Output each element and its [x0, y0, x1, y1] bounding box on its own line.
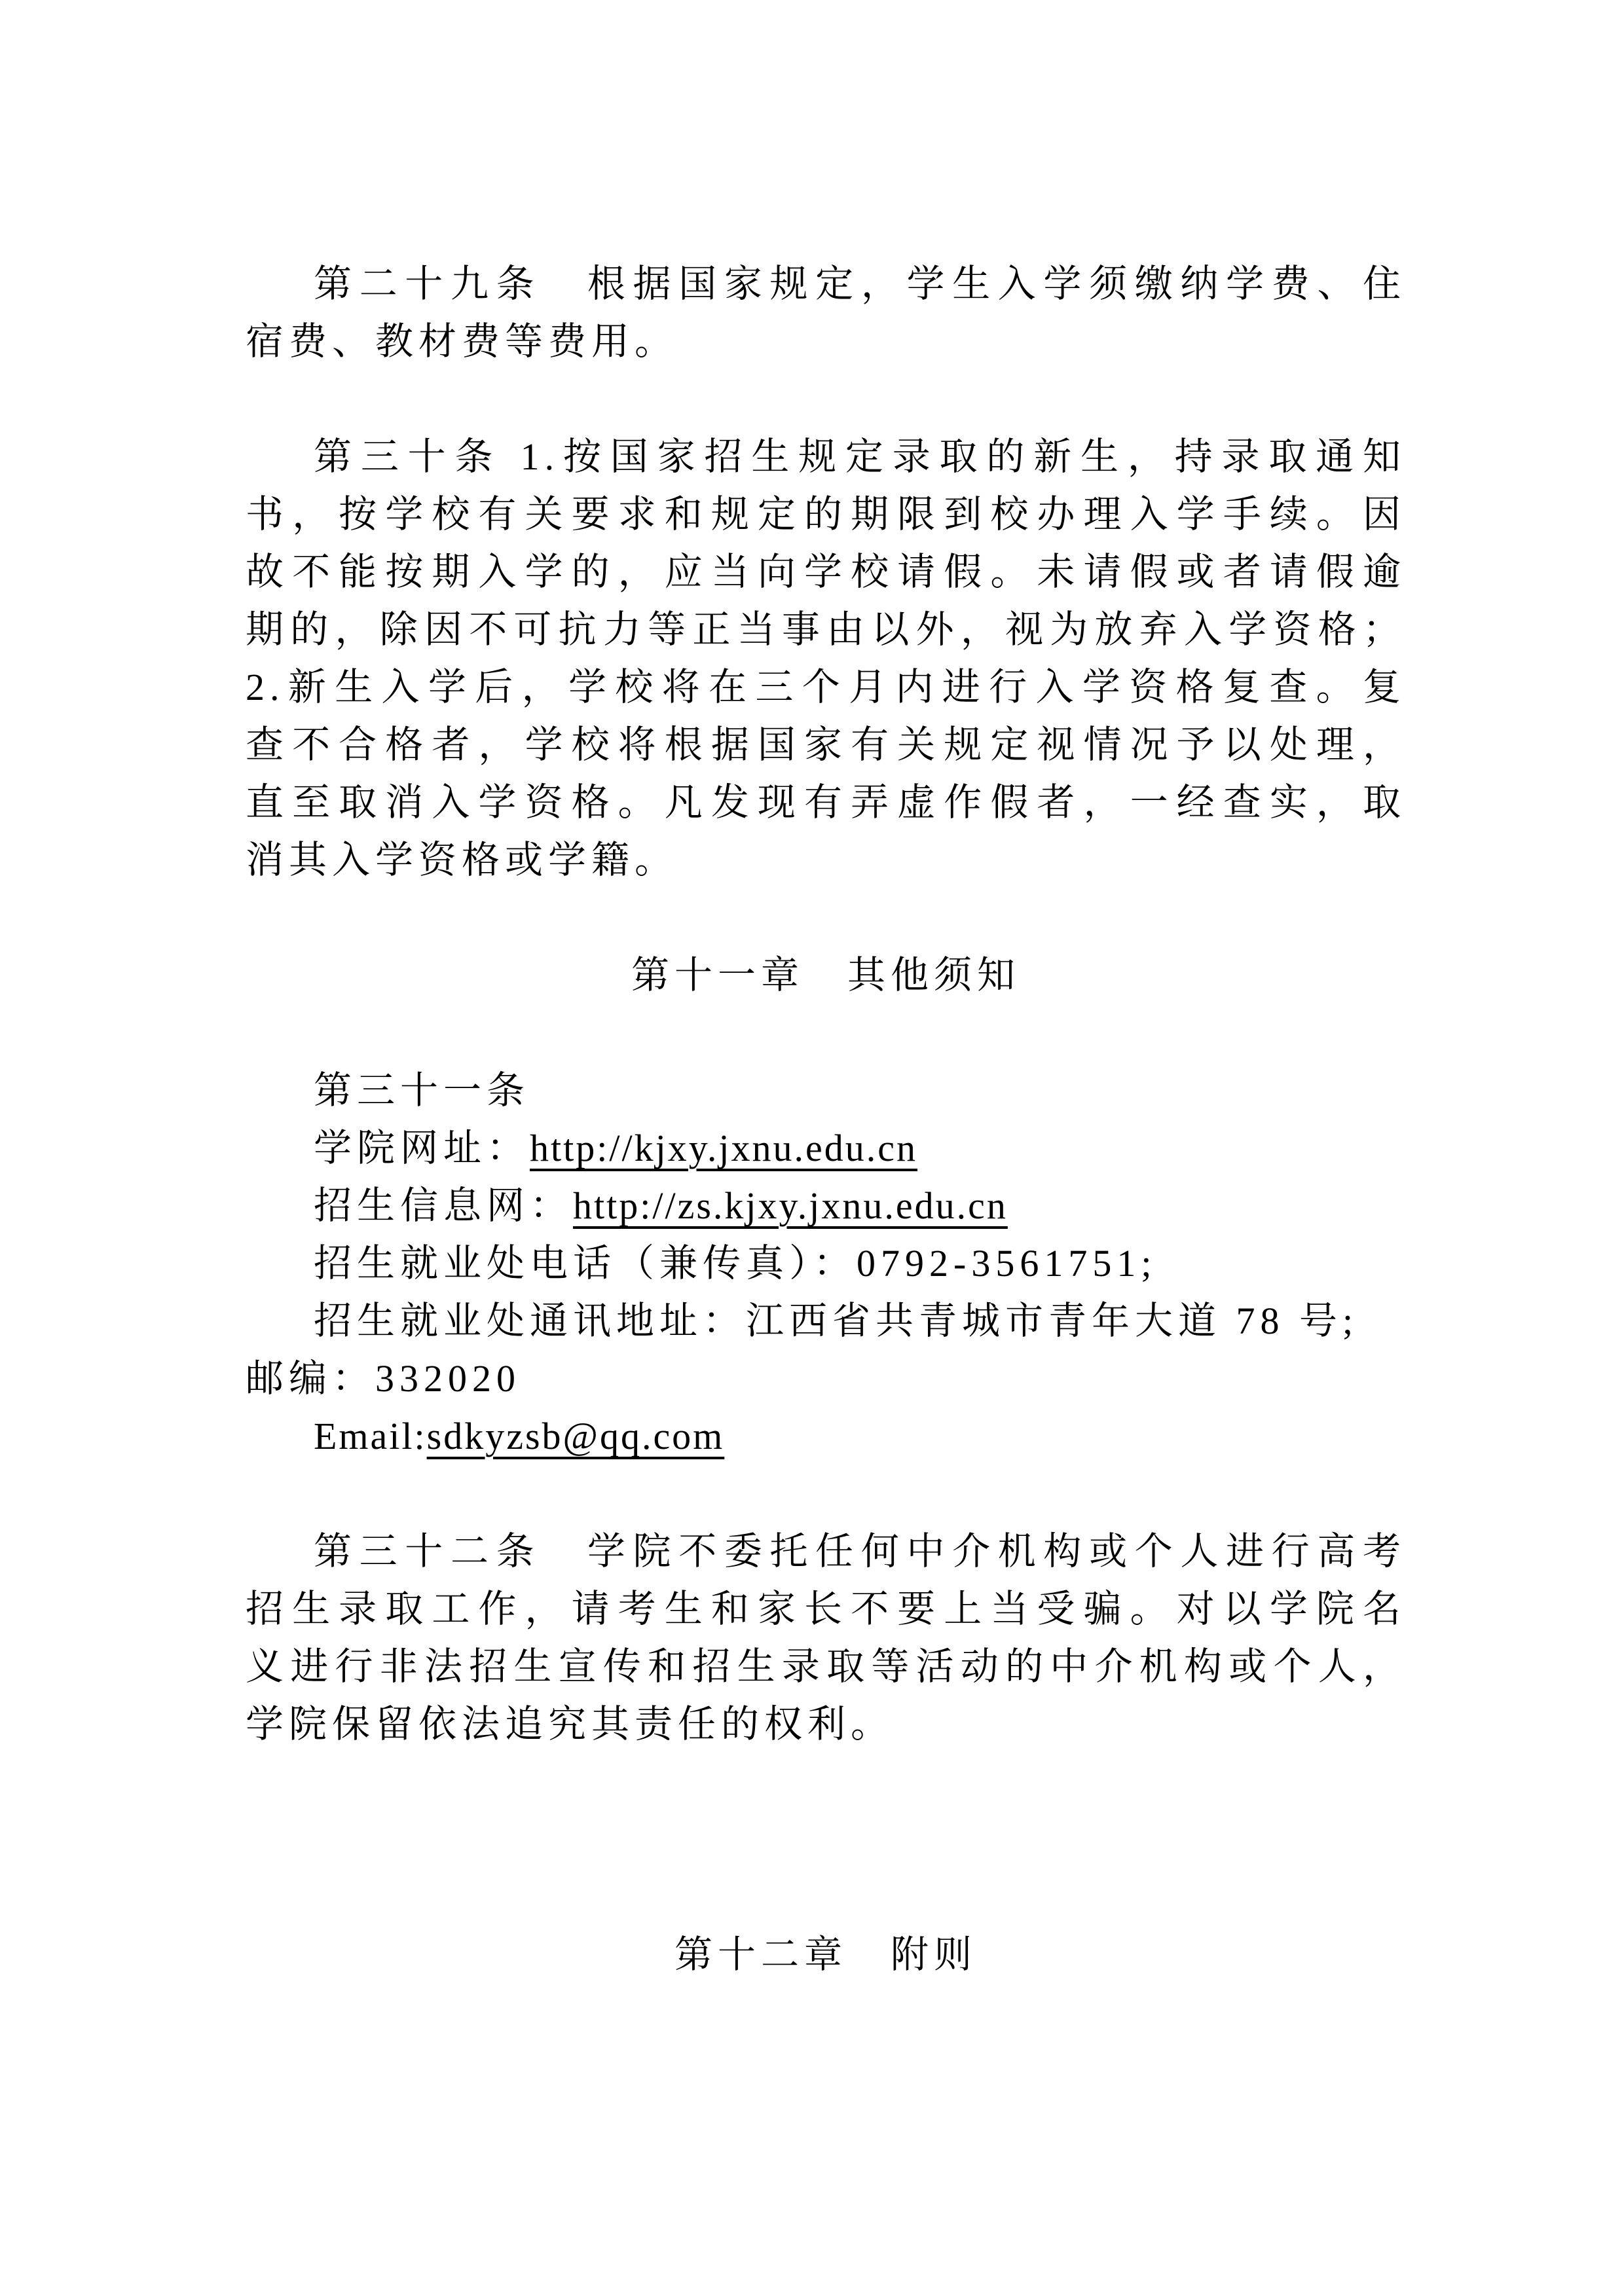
blank-line [246, 889, 1406, 947]
article30-line7: 直至取消入学资格。凡发现有弄虚作假者，一经查实，取 [246, 774, 1406, 831]
college-website-label: 学院网址： [314, 1127, 530, 1169]
blank-line [246, 1004, 1406, 1062]
blank-line [246, 1465, 1406, 1523]
admissions-website-line: 招生信息网：http://zs.kjxy.jxnu.edu.cn [246, 1177, 1406, 1235]
admissions-website-label: 招生信息网： [314, 1184, 573, 1227]
email-link[interactable]: sdkyzsb@qq.com [427, 1415, 725, 1457]
document-page: 第二十九条 根据国家规定，学生入学须缴纳学费、住 宿费、教材费等费用。 第三十条… [0, 0, 1624, 2296]
article30-line5: 2.新生入学后，学校将在三个月内进行入学资格复查。复 [246, 659, 1406, 716]
chapter-12-heading: 第十二章 附则 [246, 1926, 1406, 1984]
article30-line6: 查不合格者，学校将根据国家有关规定视情况予以处理， [246, 716, 1406, 774]
blank-line [246, 371, 1406, 428]
article31-label: 第三十一条 [246, 1062, 1406, 1120]
address-line: 招生就业处通讯地址：江西省共青城市青年大道 78 号; [246, 1292, 1406, 1350]
article30-line4: 期的，除因不可抗力等正当事由以外，视为放弃入学资格； [246, 601, 1406, 659]
admissions-website-link[interactable]: http://zs.kjxy.jxnu.edu.cn [573, 1184, 1008, 1227]
article29-line1: 第二十九条 根据国家规定，学生入学须缴纳学费、住 [246, 255, 1406, 313]
article32-line3: 义进行非法招生宣传和招生录取等活动的中介机构或个人， [246, 1638, 1406, 1696]
article30-line2: 书，按学校有关要求和规定的期限到校办理入学手续。因 [246, 486, 1406, 543]
phone-line: 招生就业处电话（兼传真）：0792-3561751; [246, 1235, 1406, 1292]
article32-line1: 第三十二条 学院不委托任何中介机构或个人进行高考 [246, 1523, 1406, 1580]
college-website-link[interactable]: http://kjxy.jxnu.edu.cn [530, 1127, 917, 1169]
college-website-line: 学院网址：http://kjxy.jxnu.edu.cn [246, 1120, 1406, 1177]
article32-line2: 招生录取工作，请考生和家长不要上当受骗。对以学院名 [246, 1580, 1406, 1638]
article30-line8: 消其入学资格或学籍。 [246, 831, 1406, 889]
postcode-line: 邮编：332020 [246, 1350, 1406, 1408]
article30-line3: 故不能按期入学的，应当向学校请假。未请假或者请假逾 [246, 543, 1406, 601]
chapter-11-heading: 第十一章 其他须知 [246, 947, 1406, 1004]
blank-gap [246, 1753, 1406, 1926]
email-label: Email: [314, 1415, 427, 1457]
email-line: Email:sdkyzsb@qq.com [246, 1408, 1406, 1465]
document-content: 第二十九条 根据国家规定，学生入学须缴纳学费、住 宿费、教材费等费用。 第三十条… [246, 255, 1406, 1984]
article32-line4: 学院保留依法追究其责任的权利。 [246, 1696, 1406, 1753]
article30-line1: 第三十条 1.按国家招生规定录取的新生，持录取通知 [246, 428, 1406, 486]
article29-line2: 宿费、教材费等费用。 [246, 313, 1406, 371]
